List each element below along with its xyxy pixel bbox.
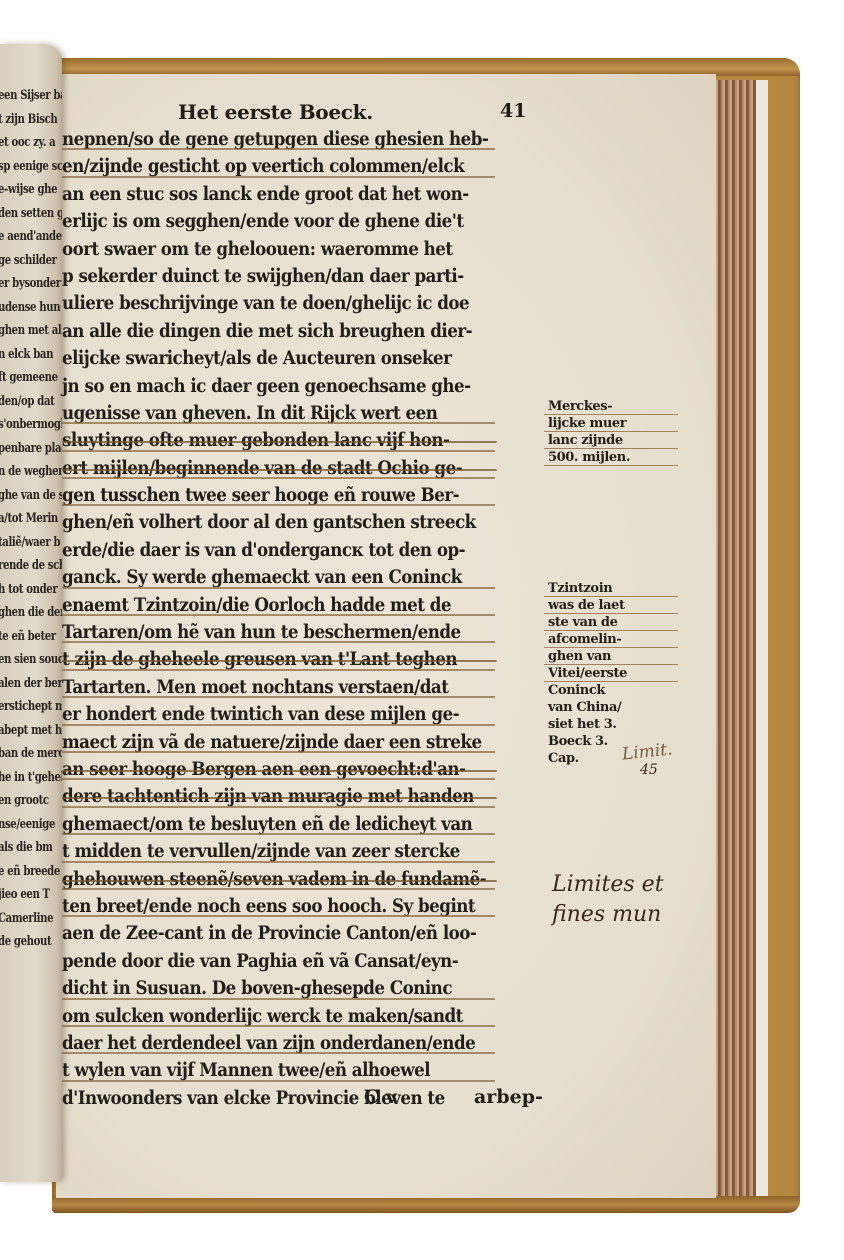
text-line: maect zijn vã de natuere/zijnde daer een… (62, 729, 484, 756)
text-line: daer het derdendeel van zijn onderdanen/… (62, 1030, 484, 1057)
previous-page-line: abept met hã (0, 719, 62, 743)
marginal-note-line: van China/ (548, 699, 668, 716)
marginal-note-line: ghen van (548, 648, 668, 665)
text-line: t wylen van vijf Mannen twee/eñ alhoewel (62, 1057, 484, 1084)
page-footer: C v arbep- (62, 1086, 542, 1114)
text-line: om sulcken wonderlijc werck te maken/san… (62, 1003, 484, 1030)
marginal-note-line: Tzintzoin (548, 580, 668, 597)
text-line: gen tusschen twee seer hooge eñ rouwe Be… (62, 482, 484, 509)
marginal-note-line: Coninck (548, 682, 668, 699)
page-number: 41 (500, 100, 526, 122)
marginal-note-line: lanc zijnde (548, 432, 668, 449)
text-line: an seer hooge Bergen aen een gevoecht:d'… (62, 756, 484, 783)
previous-page-line: ft gemeene (0, 366, 62, 390)
previous-page-line: ge schilder (0, 249, 62, 273)
text-line: ghemaect/om te besluyten eñ de ledicheyt… (62, 811, 484, 838)
running-head: Het eerste Boeck. (178, 100, 373, 124)
binding-tail-edge (52, 1196, 800, 1213)
text-line: Tartaren/om hẽ van hun te beschermen/end… (62, 619, 484, 646)
text-line: pende door die van Paghia eñ vã Cansat/e… (62, 948, 484, 975)
marginal-note-tzintzoin: Tzintzoinwas de laetste van deafcomelin-… (548, 580, 668, 767)
text-line: ten breet/ende noch eens soo hooch. Sy b… (62, 893, 484, 920)
marginal-note-line: Merckes- (548, 398, 668, 415)
previous-page-curl: een Sijser bant zijn Bischet ooc zy. asp… (0, 44, 62, 1182)
previous-page-line: ghe van de st (0, 484, 62, 508)
marginal-note-line: lijcke muer (548, 415, 668, 432)
previous-page-line: den setten g (0, 202, 62, 226)
previous-page-line: n de weghen (0, 460, 62, 484)
text-line: p sekerder duinct te swijghen/dan daer p… (62, 263, 484, 290)
previous-page-line: a/tot Merin (0, 507, 62, 531)
previous-page-text: een Sijser bant zijn Bischet ooc zy. asp… (0, 84, 62, 954)
previous-page-line: ban de merc (0, 742, 62, 766)
previous-page-line: et ooc zy. a (0, 131, 62, 155)
previous-page-line: Camerline (0, 907, 62, 931)
signature-mark: C v (364, 1086, 397, 1108)
previous-page-line: alen der berg (0, 672, 62, 696)
previous-page-line: t zijn Bisch (0, 108, 62, 132)
marginal-note-line: ste van de (548, 614, 668, 631)
text-line: sluytinge ofte muer gebonden lanc vijf h… (62, 427, 484, 454)
text-line: erde/die daer is van d'ondergancк tot de… (62, 537, 484, 564)
previous-page-line: ghen die den (0, 601, 62, 625)
text-line: ugenisse van gheven. In dit Rijck wert e… (62, 400, 484, 427)
previous-page-line: ghen met al (0, 319, 62, 343)
text-line: uliere beschrijvinge van te doen/ghelijc… (62, 290, 484, 317)
text-line: er hondert ende twintich van dese mijlen… (62, 701, 484, 728)
previous-page-line: rende de sch (0, 554, 62, 578)
text-line: dere tachtentich zijn van muragie met ha… (62, 783, 484, 810)
previous-page-line: een Sijser ban (0, 84, 62, 108)
text-line: an alle die dingen die met sich breughen… (62, 318, 484, 345)
body-text: nepnen/so de gene getupgen diese ghesien… (62, 126, 542, 1112)
text-line: en/zijnde gesticht op veertich colommen/… (62, 153, 484, 180)
handwritten-note-limites: Limites et fines mun (552, 870, 664, 930)
text-line: oort swaer om te gheloouen: waeromme het (62, 236, 484, 263)
previous-page-line: erstichept m (0, 695, 62, 719)
text-line: erlijc is om segghen/ende voor de ghene … (62, 208, 484, 235)
previous-page-line: de gehout (0, 930, 62, 954)
text-line: ghen/eñ volhert door al den gantschen st… (62, 509, 484, 536)
previous-page-line: e eñ breede (0, 860, 62, 884)
marginal-note-line: siet het 3. (548, 716, 668, 733)
previous-page-line: taliẽ/waer b (0, 531, 62, 555)
previous-page-line: nse/eenige (0, 813, 62, 837)
previous-page-line: n elck ban (0, 343, 62, 367)
text-line: ert mijlen/beginnende van de stadt Ochio… (62, 455, 484, 482)
previous-page-line: den/op dat (0, 390, 62, 414)
handwritten-note-number: 45 (640, 762, 658, 778)
previous-page-line: en sien soude (0, 648, 62, 672)
previous-page-line: sp eenige sch (0, 155, 62, 179)
text-line: Tartarten. Men moet nochtans verstaen/da… (62, 674, 484, 701)
marginal-note-line: afcomelin- (548, 631, 668, 648)
previous-page-line: te eñ beter (0, 625, 62, 649)
endpaper-edge (756, 80, 768, 1198)
text-line: t zijn de gheheele greusen van t'Lant te… (62, 646, 484, 673)
text-line: nepnen/so de gene getupgen diese ghesien… (62, 126, 484, 153)
text-line: t midden te vervullen/zijnde van zeer st… (62, 838, 484, 865)
text-line: ganck. Sy werde ghemaeckt van een Coninc… (62, 564, 484, 591)
text-line: dicht in Susuan. De boven-ghesepde Conin… (62, 975, 484, 1002)
previous-page-line: udense hun (0, 296, 62, 320)
text-line: aen de Zee-cant in de Provincie Canton/e… (62, 920, 484, 947)
previous-page-line: h tot onder (0, 578, 62, 602)
marginal-note-wall: Merckes-lijcke muerlanc zijnde500. mijle… (548, 398, 668, 466)
marginal-note-line: Vitei/eerste (548, 665, 668, 682)
previous-page-line: s'onbermoghe (0, 413, 62, 437)
text-line: ghehouwen steenẽ/seven vadem in de funda… (62, 866, 484, 893)
marginal-note-line: 500. mijlen. (548, 449, 668, 466)
text-line: jn so en mach ic daer geen genoechsame g… (62, 373, 484, 400)
catchword: arbep- (474, 1086, 543, 1108)
previous-page-line: e aend'ander (0, 225, 62, 249)
text-line: an een stuc sos lanck ende groot dat het… (62, 181, 484, 208)
handwritten-line: fines mun (552, 900, 664, 930)
text-line: elijcke swaricheyt/als de Aucteuren onse… (62, 345, 484, 372)
previous-page-line: er bysonder (0, 272, 62, 296)
marginal-note-line: was de laet (548, 597, 668, 614)
previous-page-line: jieo een T (0, 883, 62, 907)
previous-page-line: als die bm (0, 836, 62, 860)
previous-page-line: he in t'geheb (0, 766, 62, 790)
page-fore-edge (712, 80, 756, 1198)
previous-page-line: e-wijse ghe (0, 178, 62, 202)
text-line: enaemt Tzintzoin/die Oorloch hadde met d… (62, 592, 484, 619)
previous-page-line: en grootc (0, 789, 62, 813)
handwritten-line: Limites et (552, 870, 664, 900)
previous-page-line: penbare plaets (0, 437, 62, 461)
